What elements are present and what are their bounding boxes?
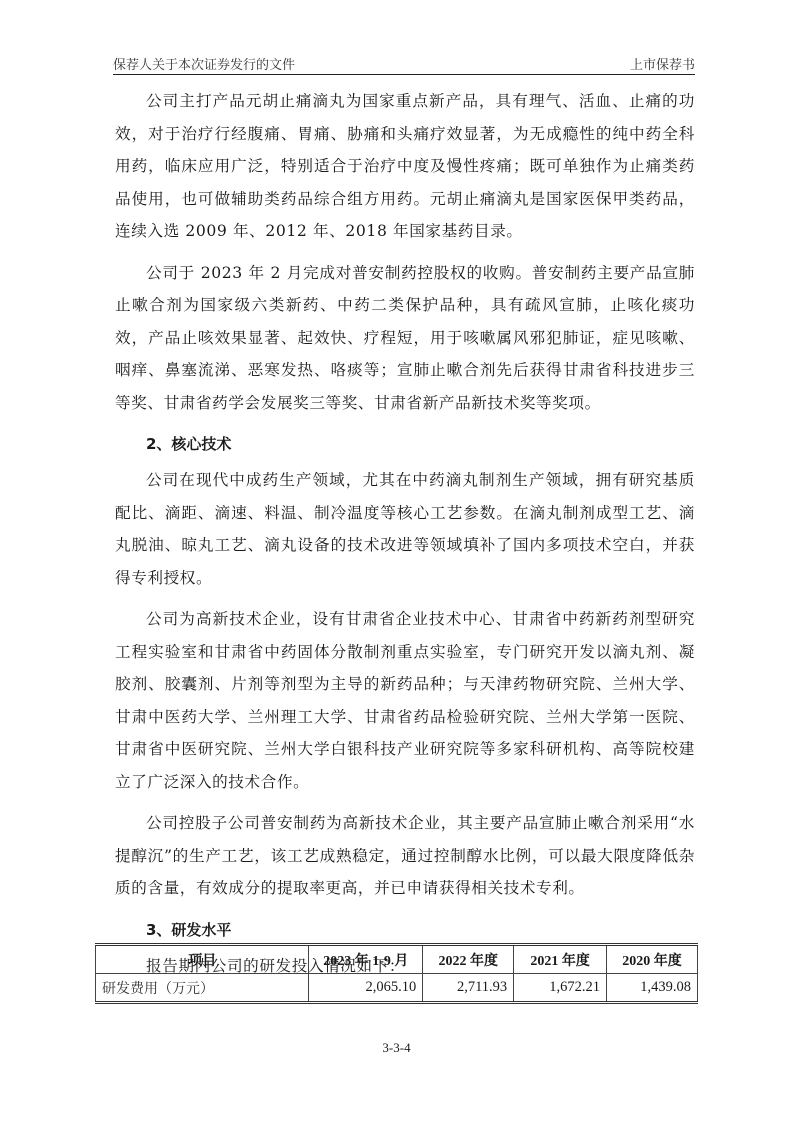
paragraph-main-product: 公司主打产品元胡止痛滴丸为国家重点新产品，具有理气、活血、止痛的功效，对于治疗行… xyxy=(115,85,695,248)
table-header-cell: 2020 年度 xyxy=(607,945,698,974)
header-document-title: 上市保荐书 xyxy=(630,54,695,73)
section-heading-core-tech: 2、核心技术 xyxy=(115,428,695,460)
table-cell-value: 1,439.08 xyxy=(607,974,698,1003)
header-document-type: 保荐人关于本次证券发行的文件 xyxy=(113,54,295,73)
table-cell-value: 2,065.10 xyxy=(309,974,423,1003)
page-body: 公司主打产品元胡止痛滴丸为国家重点新产品，具有理气、活血、止痛的功效，对于治疗行… xyxy=(115,85,695,982)
page-number: 3-3-4 xyxy=(0,1040,793,1056)
section-heading-rd-level: 3、研发水平 xyxy=(115,914,695,946)
paragraph-core-tech: 公司在现代中成药生产领域，尤其在中药滴丸制剂生产领域，拥有研究基质配比、滴距、滴… xyxy=(115,464,695,594)
page-header: 保荐人关于本次证券发行的文件 上市保荐书 xyxy=(113,52,695,75)
paragraph-rd-cooperation: 公司为高新技术企业，设有甘肃省企业技术中心、甘肃省中药新药剂型研究工程实验室和甘… xyxy=(115,603,695,798)
table-cell-item: 研发费用（万元） xyxy=(96,974,309,1003)
table-row: 研发费用（万元） 2,065.10 2,711.93 1,672.21 1,43… xyxy=(96,974,698,1003)
paragraph-subsidiary-tech: 公司控股子公司普安制药为高新技术企业，其主要产品宣肺止嗽合剂采用“水提醇沉”的生… xyxy=(115,807,695,905)
table-header-cell: 2023 年 1-9 月 xyxy=(309,945,423,974)
table-cell-value: 1,672.21 xyxy=(514,974,607,1003)
paragraph-acquisition: 公司于 2023 年 2 月完成对普安制药控股权的收购。普安制药主要产品宣肺止嗽… xyxy=(115,257,695,420)
table-cell-value: 2,711.93 xyxy=(423,974,514,1003)
table-header-row: 项目 2023 年 1-9 月 2022 年度 2021 年度 2020 年度 xyxy=(96,945,698,974)
table-header-cell: 2021 年度 xyxy=(514,945,607,974)
table-header-cell: 项目 xyxy=(96,945,309,974)
table-header-cell: 2022 年度 xyxy=(423,945,514,974)
rd-expense-table: 项目 2023 年 1-9 月 2022 年度 2021 年度 2020 年度 … xyxy=(95,943,698,1004)
